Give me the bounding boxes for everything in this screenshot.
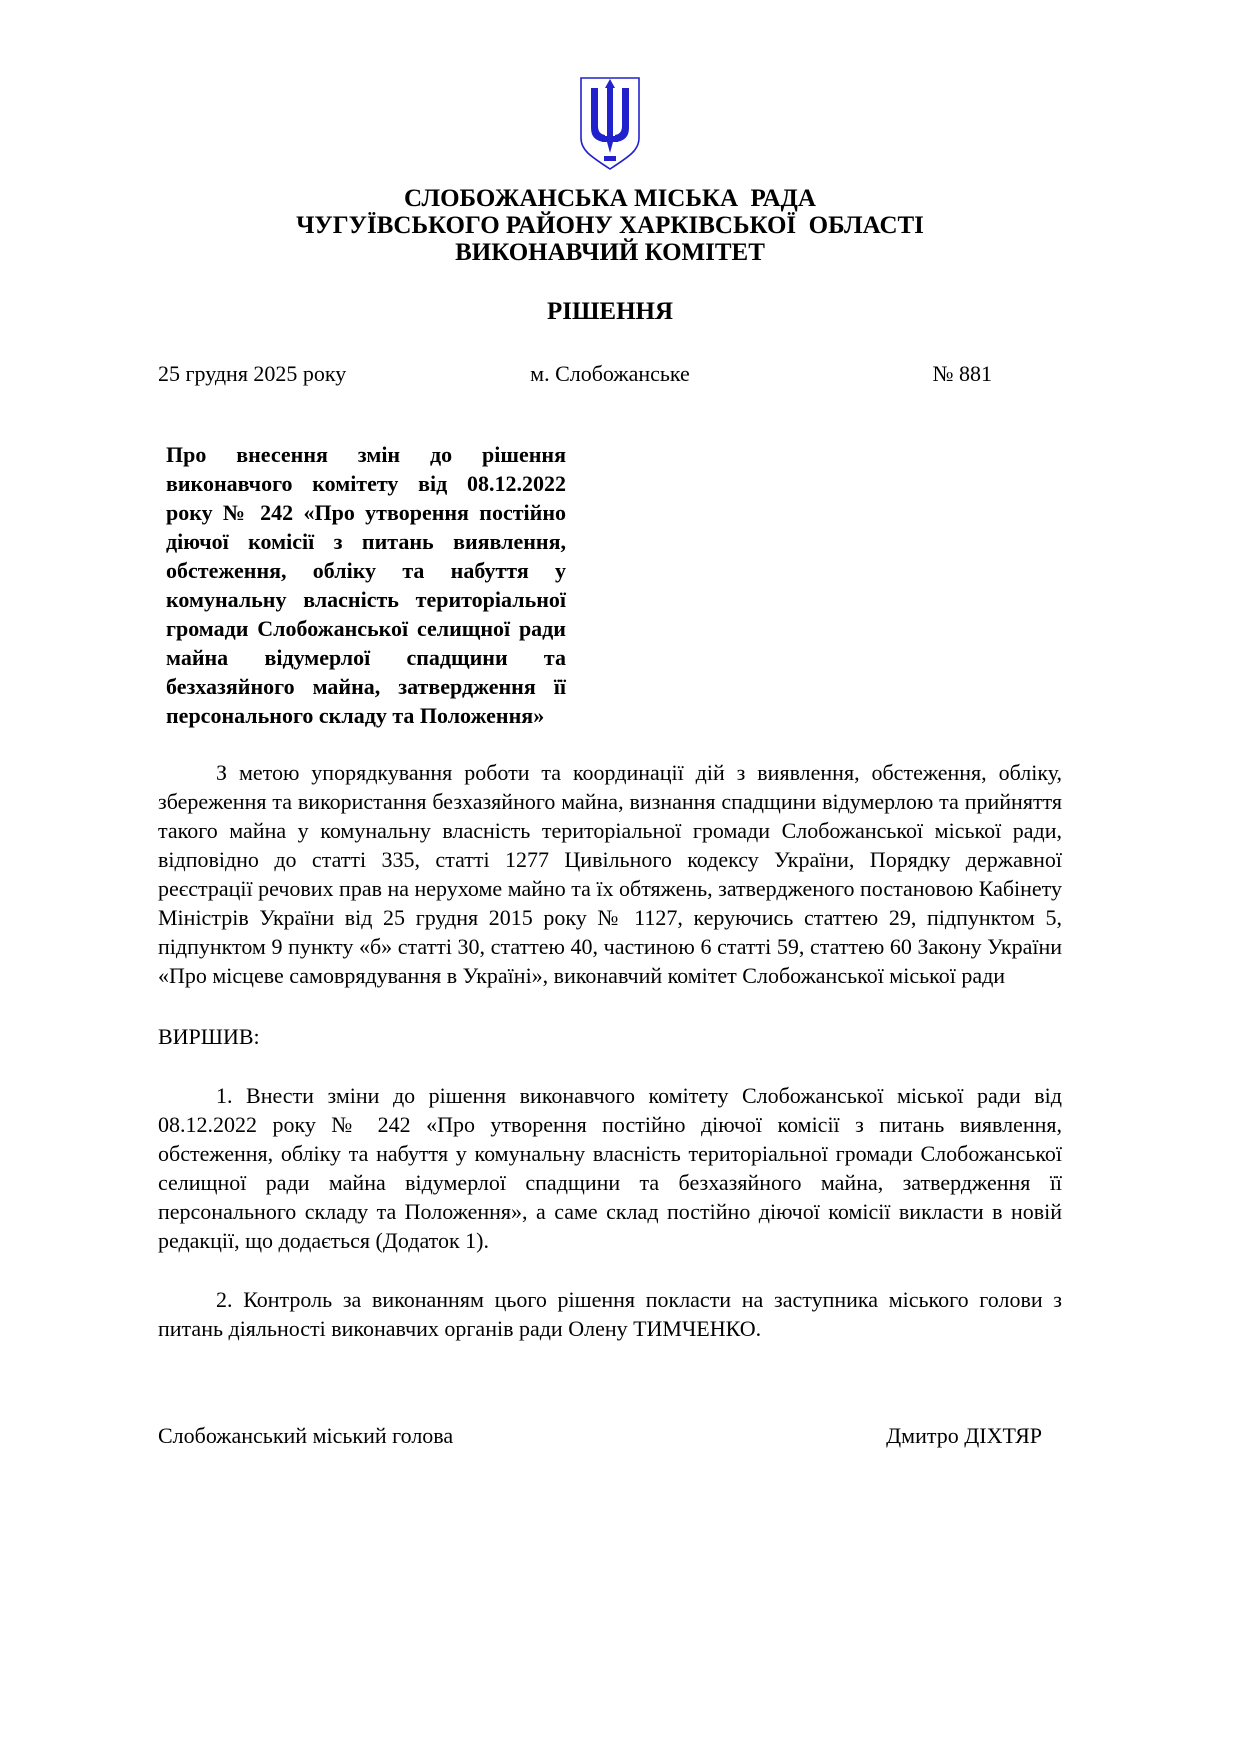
signature-title: Слобожанський міський голова	[158, 1421, 453, 1450]
signature-name: Дмитро ДІХТЯР	[886, 1421, 1062, 1450]
decision-item-1: 1. Внести зміни до рішення виконавчого к…	[158, 1081, 1062, 1255]
document-place: м. Слобожанське	[458, 359, 762, 388]
document-number: № 881	[762, 359, 1062, 388]
emblem-container	[158, 0, 1062, 179]
document-type-title: РІШЕННЯ	[158, 298, 1062, 325]
decision-item-2: 2. Контроль за виконанням цього рішення …	[158, 1285, 1062, 1343]
org-name-line3: ВИКОНАВЧИЙ КОМІТЕТ	[158, 239, 1062, 266]
ukraine-trident-icon	[578, 76, 642, 172]
org-name-line1: СЛОБОЖАНСЬКА МІСЬКА РАДА	[158, 185, 1062, 212]
org-name-line2: ЧУГУЇВСЬКОГО РАЙОНУ ХАРКІВСЬКОЇ ОБЛАСТІ	[158, 212, 1062, 239]
subject-paragraph: Про внесення змін до рішення виконавчого…	[166, 440, 566, 730]
signature-row: Слобожанський міський голова Дмитро ДІХТ…	[158, 1421, 1062, 1450]
document-meta-row: 25 грудня 2025 року м. Слобожанське № 88…	[158, 359, 1062, 388]
document-page: СЛОБОЖАНСЬКА МІСЬКА РАДА ЧУГУЇВСЬКОГО РА…	[0, 0, 1240, 1754]
document-content: СЛОБОЖАНСЬКА МІСЬКА РАДА ЧУГУЇВСЬКОГО РА…	[0, 0, 1240, 1450]
resolved-heading: ВИРШИВ:	[158, 1022, 1062, 1051]
preamble-paragraph: З метою упорядкування роботи та координа…	[158, 758, 1062, 990]
document-date: 25 грудня 2025 року	[158, 359, 458, 388]
